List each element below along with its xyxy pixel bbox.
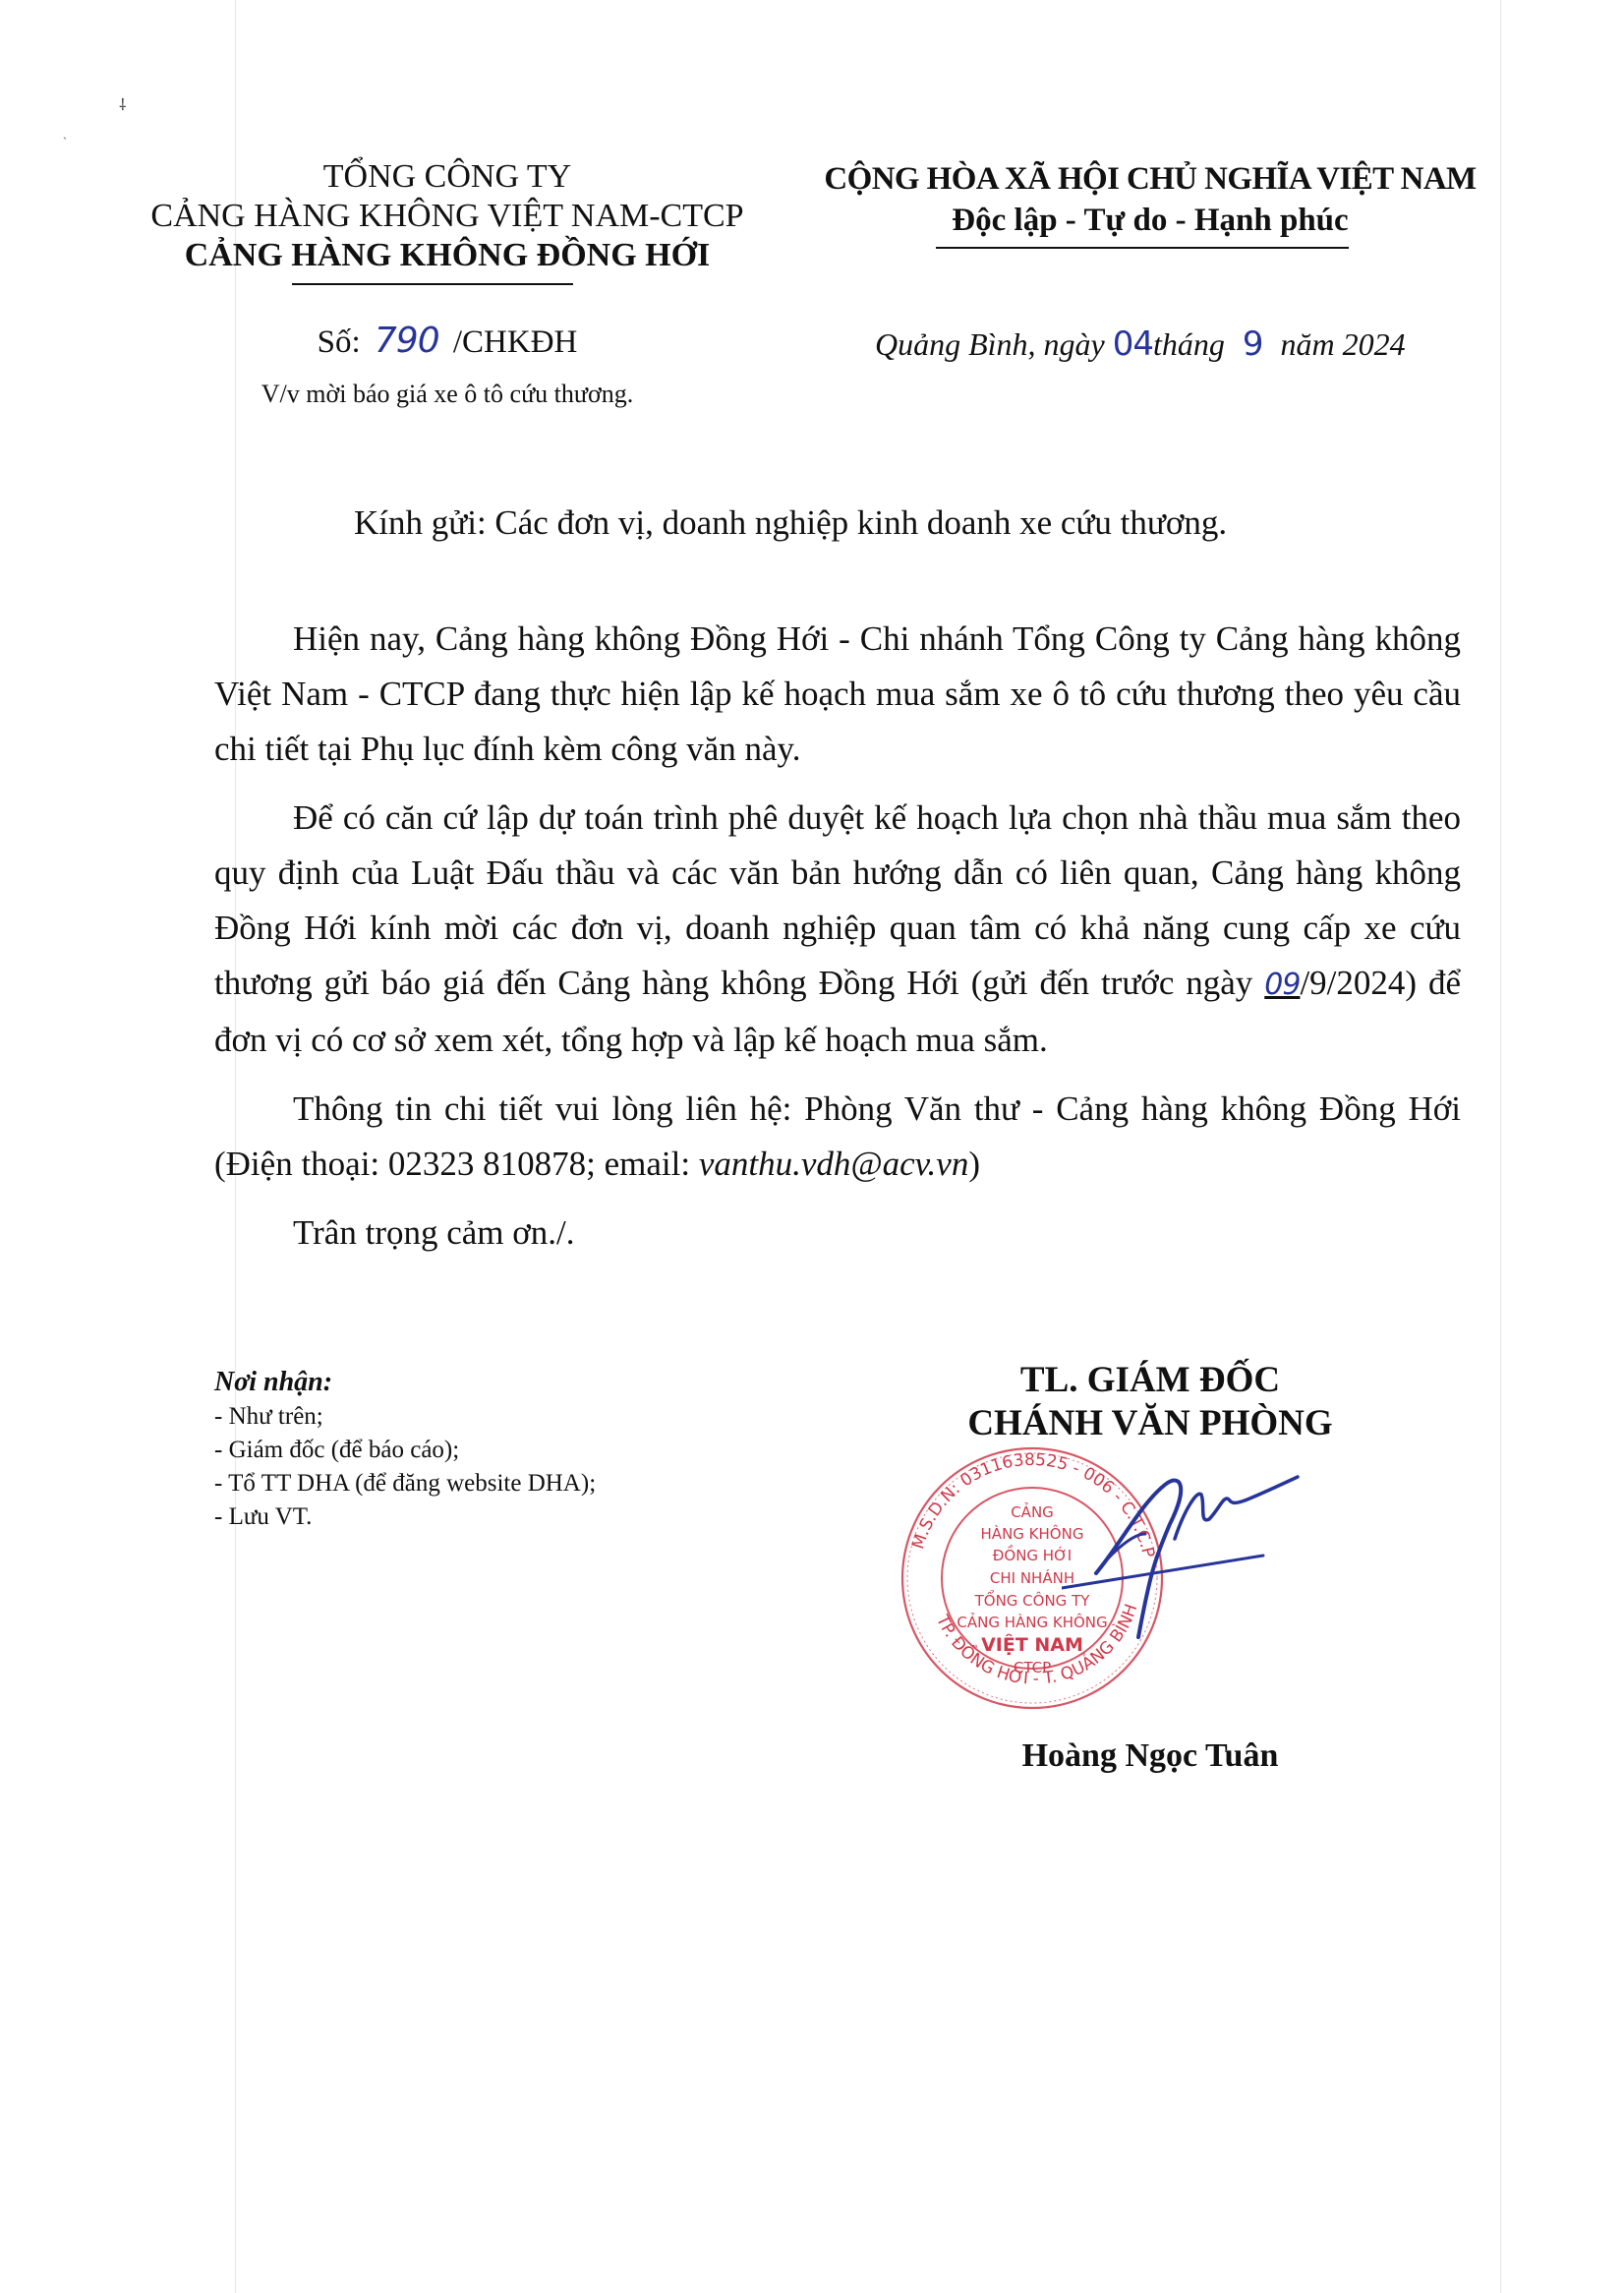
date-month-label: tháng bbox=[1153, 326, 1225, 362]
national-title: CỘNG HÒA XÃ HỘI CHỦ NGHĨA VIỆT NAM bbox=[777, 159, 1524, 199]
body-paragraph-2: Để có căn cứ lập dự toán trình phê duyệt… bbox=[214, 791, 1461, 1068]
signature-title-1: TL. GIÁM ĐỐC bbox=[914, 1359, 1386, 1402]
recipient-item: - Tổ TT DHA (để đăng website DHA); bbox=[214, 1467, 765, 1500]
national-motto: Độc lập - Tự do - Hạnh phúc bbox=[777, 201, 1524, 240]
signer-name: Hoàng Ngọc Tuân bbox=[914, 1734, 1386, 1778]
deadline-day-handwritten: 09 bbox=[1264, 968, 1300, 1002]
body-paragraph-1: Hiện nay, Cảng hàng không Đồng Hới - Chi… bbox=[214, 612, 1461, 777]
scan-artifact-mark: ⸸ bbox=[119, 93, 127, 115]
recipient-item: - Lưu VT. bbox=[214, 1500, 765, 1534]
issuing-unit: CẢNG HÀNG KHÔNG ĐỒNG HỚI bbox=[98, 236, 796, 275]
header-left-rule bbox=[292, 283, 573, 285]
number-label: Số: bbox=[318, 324, 361, 360]
parent-company-line1: TỔNG CÔNG TY bbox=[98, 157, 796, 197]
contact-email: vanthu.vdh@acv.vn bbox=[699, 1145, 969, 1183]
body-paragraph-3: Thông tin chi tiết vui lòng liên hệ: Phò… bbox=[214, 1082, 1461, 1192]
svg-text:CẢNG: CẢNG bbox=[1011, 1501, 1054, 1521]
recipients-list: Nơi nhận: - Như trên; - Giám đốc (để báo… bbox=[214, 1365, 765, 1534]
scan-margin-line-right bbox=[1500, 0, 1501, 2293]
recipient-item: - Giám đốc (để báo cáo); bbox=[214, 1434, 765, 1467]
signature-title-2: CHÁNH VĂN PHÒNG bbox=[914, 1402, 1386, 1445]
number-handwritten: 790 bbox=[375, 321, 439, 361]
date-month-handwritten: 9 bbox=[1243, 324, 1263, 364]
date-day-handwritten: 04 bbox=[1113, 324, 1153, 364]
closing-line: Trân trọng cảm ơn./. bbox=[214, 1205, 1461, 1261]
svg-text:CTCP: CTCP bbox=[1014, 1659, 1051, 1676]
recipient-item: - Như trên; bbox=[214, 1400, 765, 1434]
number-suffix: /CHKĐH bbox=[453, 324, 578, 360]
header-left: TỔNG CÔNG TY CẢNG HÀNG KHÔNG VIỆT NAM-CT… bbox=[98, 157, 796, 275]
parent-company-line2: CẢNG HÀNG KHÔNG VIỆT NAM-CTCP bbox=[98, 197, 796, 236]
letter-body: Hiện nay, Cảng hàng không Đồng Hới - Chi… bbox=[214, 612, 1461, 1261]
recipients-title: Nơi nhận: bbox=[214, 1365, 765, 1400]
paragraph-3-text-end: ) bbox=[968, 1145, 980, 1183]
scan-artifact-mark: ˎ bbox=[63, 126, 67, 141]
signature-block: TL. GIÁM ĐỐC CHÁNH VĂN PHÒNG bbox=[914, 1359, 1386, 1445]
header-right: CỘNG HÒA XÃ HỘI CHỦ NGHĨA VIỆT NAM Độc l… bbox=[777, 159, 1524, 240]
svg-text:ĐỒNG HỚI: ĐỒNG HỚI bbox=[993, 1544, 1072, 1564]
subject-line: V/v mời báo giá xe ô tô cứu thương. bbox=[98, 379, 796, 410]
header-right-rule bbox=[936, 247, 1349, 249]
handwritten-signature bbox=[1062, 1465, 1317, 1662]
recipient-line: Kính gửi: Các đơn vị, doanh nghiệp kinh … bbox=[354, 500, 1227, 547]
date-prefix: Quảng Bình, ngày bbox=[875, 326, 1105, 362]
date-year: năm 2024 bbox=[1281, 326, 1406, 362]
document-number: Số: 790 /CHKĐH bbox=[98, 322, 796, 362]
issue-date: Quảng Bình, ngày 04tháng 9 năm 2024 bbox=[875, 324, 1465, 364]
